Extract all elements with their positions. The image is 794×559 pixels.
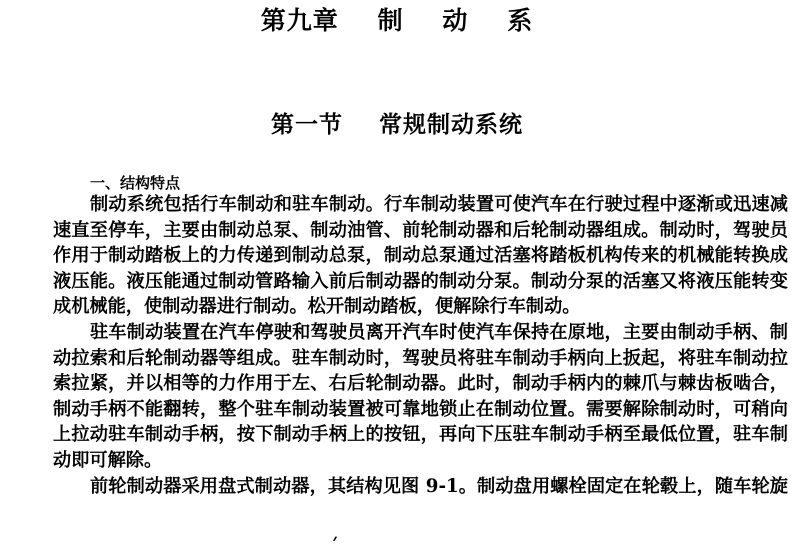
text-line: 制动系统包括行车制动和驻车制动。行车制动装置可使汽车在行驶过程中逐渐或迅速减	[53, 192, 788, 218]
chapter-title: 第九章 制 动 系	[0, 4, 794, 38]
text-line: 驻车制动装置在汽车停驶和驾驶员离开汽车时使汽车保持在原地，主要由制动手柄、制	[53, 320, 788, 346]
text-line: 动即可解除。	[53, 448, 788, 474]
section-title: 第一节 常规制动系统	[0, 108, 794, 142]
text-line: 上拉动驻车制动手柄，按下制动手柄上的按钮，再向下压驻车制动手柄至最低位置，驻车制	[53, 422, 788, 448]
paragraph-front-brake: 前轮制动器采用盘式制动器，其结构见图 9-1。制动盘用螺栓固定在轮毂上，随车轮旋	[53, 474, 788, 500]
text-line: 速直至停车，主要由制动总泵、制动油管、前轮制动器和后轮制动器组成。制动时，驾驶员	[53, 218, 788, 244]
text-line: 索拉紧，并以相等的力作用于左、右后轮制动器。此时，制动手柄内的棘爪与棘齿板啮合，	[53, 371, 788, 397]
subheading-structure-features: 一、结构特点	[90, 172, 180, 194]
text-line: 动拉索和后轮制动器等组成。驻车制动时，驾驶员将驻车制动手柄向上扳起，将驻车制动拉	[53, 346, 788, 372]
text-line: 作用于制动踏板上的力传递到制动总泵，制动总泵通过活塞将踏板机构传来的机械能转换成	[53, 243, 788, 269]
text-line: 成机械能，使制动器进行制动。松开制动踏板，便解除行车制动。	[53, 294, 788, 320]
stray-mark: ʹ	[326, 535, 339, 556]
paragraph-brake-system-overview: 制动系统包括行车制动和驻车制动。行车制动装置可使汽车在行驶过程中逐渐或迅速减 速…	[53, 192, 788, 320]
text-line: 制动手柄不能翻转，整个驻车制动装置被可靠地锁止在制动位置。需要解除制动时，可稍向	[53, 397, 788, 423]
paragraph-parking-brake: 驻车制动装置在汽车停驶和驾驶员离开汽车时使汽车保持在原地，主要由制动手柄、制 动…	[53, 320, 788, 474]
text-line: 前轮制动器采用盘式制动器，其结构见图 9-1。制动盘用螺栓固定在轮毂上，随车轮旋	[53, 474, 788, 500]
text-line: 液压能。液压能通过制动管路输入前后制动器的制动分泵。制动分泵的活塞又将液压能转变	[53, 269, 788, 295]
